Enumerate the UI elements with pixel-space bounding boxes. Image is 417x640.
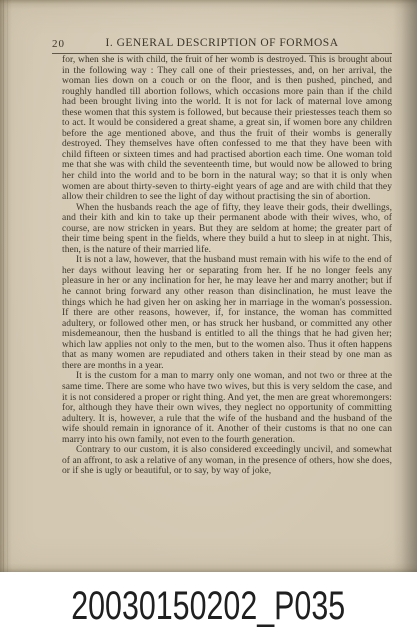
running-title: I. GENERAL DESCRIPTION OF FORMOSA	[52, 37, 392, 49]
page-body-text: for, when she is with child, the fruit o…	[62, 55, 392, 477]
paragraph-5: Contrary to our custom, it is also consi…	[62, 445, 392, 477]
paragraph-4: It is the custom for a man to marry only…	[62, 371, 392, 445]
paragraph-3: It is not a law, however, that the husba…	[62, 255, 392, 371]
header-rule	[52, 53, 392, 54]
page-header: 20 I. GENERAL DESCRIPTION OF FORMOSA	[52, 37, 392, 51]
screenshot-stage: 20 I. GENERAL DESCRIPTION OF FORMOSA for…	[0, 0, 417, 640]
paragraph-1: for, when she is with child, the fruit o…	[62, 55, 392, 203]
paragraph-2: When the husbands reach the age of fifty…	[62, 203, 392, 256]
label-strip: 20030150202_P035	[0, 572, 417, 640]
book-page-scan: 20 I. GENERAL DESCRIPTION OF FORMOSA for…	[0, 0, 417, 572]
scan-id-label: 20030150202_P035	[72, 584, 346, 629]
